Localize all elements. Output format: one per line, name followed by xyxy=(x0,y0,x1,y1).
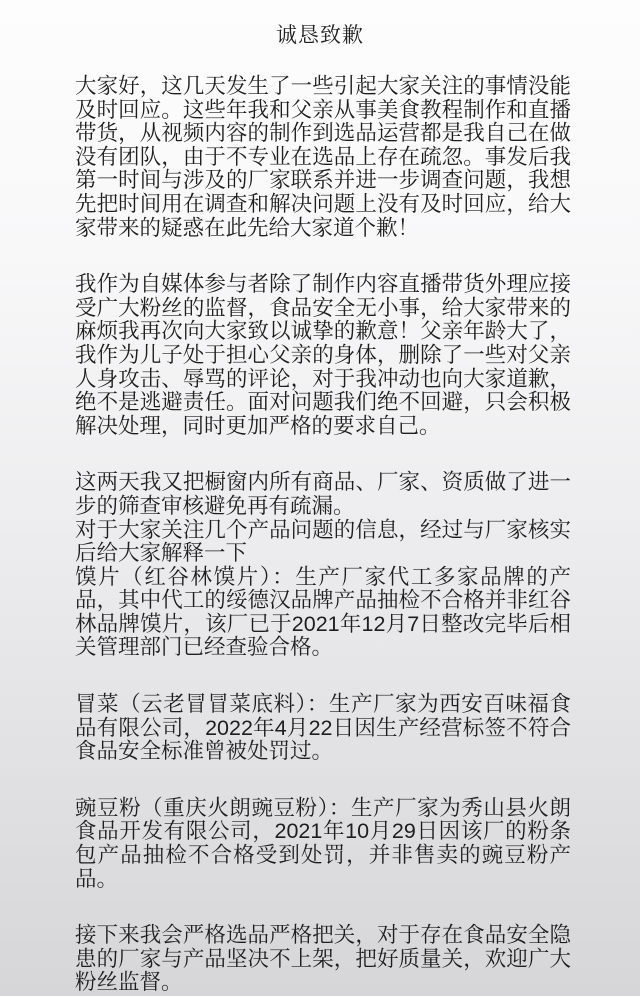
statement-body: 大家好，这几天发生了一些引起大家关注的事情没能及时回应。这些年我和父亲从事美食教… xyxy=(75,75,571,995)
paragraph-responsibility: 我作为自媒体参与者除了制作内容直播带货外理应接受广大粉丝的监督，食品安全无小事，… xyxy=(75,273,571,438)
paragraph-explain-intro: 对于大家关注几个产品问题的信息，经过与厂家核实后给大家解释一下 xyxy=(75,519,571,566)
paragraph-product-mopian: 馍片（红谷林馍片）：生产厂家代工多家品牌的产品，其中代工的绥德汉品牌产品抽检不合… xyxy=(75,566,571,660)
paragraph-closing-promise: 接下来我会严格选品严格把关，对于存在食品安全隐患的厂家与产品坚决不上架，把好质量… xyxy=(75,924,571,995)
page-title: 诚恳致歉 xyxy=(0,0,640,48)
paragraph-product-maocai: 冒菜（云老冒冒菜底料）：生产厂家为西安百味福食品有限公司，2022年4月22日因… xyxy=(75,693,571,764)
paragraph-intro-apology: 大家好，这几天发生了一些引起大家关注的事情没能及时回应。这些年我和父亲从事美食教… xyxy=(75,75,571,240)
paragraph-product-wandoufen: 豌豆粉（重庆火朗豌豆粉）：生产厂家为秀山县火朗食品开发有限公司，2021年10月… xyxy=(75,797,571,891)
apology-statement-page: 诚恳致歉 大家好，这几天发生了一些引起大家关注的事情没能及时回应。这些年我和父亲… xyxy=(0,0,640,996)
paragraph-recheck-products: 这两天我又把橱窗内所有商品、厂家、资质做了进一步的筛查审核避免再有疏漏。 xyxy=(75,471,571,518)
